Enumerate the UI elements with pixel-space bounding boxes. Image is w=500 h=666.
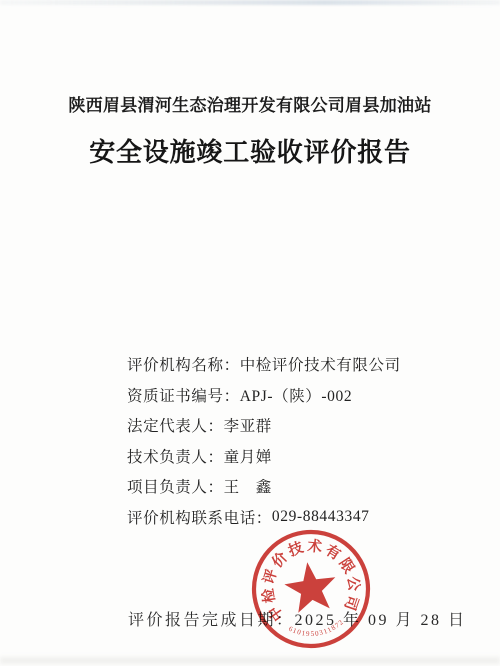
field-technical-lead: 技术负责人：童月婵 xyxy=(127,441,401,472)
svg-text:评: 评 xyxy=(259,566,281,586)
field-value: 王 鑫 xyxy=(224,475,272,497)
field-contact-phone: 评价机构联系电话：029-88443347 xyxy=(127,502,401,533)
completion-date-line: 评价报告完成日期：2025 年 09 月 28 日 xyxy=(102,589,467,648)
field-label: 技术负责人： xyxy=(127,445,224,467)
field-label: 法定代表人： xyxy=(127,414,224,436)
field-project-lead: 项目负责人：王 鑫 xyxy=(127,471,401,502)
svg-text:限: 限 xyxy=(336,555,359,577)
scan-artifact-bottom xyxy=(0,657,500,664)
field-value: 中检评价技术有限公司 xyxy=(240,353,401,375)
svg-text:术: 术 xyxy=(306,537,323,555)
field-value: 029-88443347 xyxy=(272,508,370,526)
completion-date-value: 2025 年 09 月 28 日 xyxy=(295,612,467,629)
completion-date-label: 评价报告完成日期： xyxy=(128,612,295,629)
field-label: 评价机构联系电话： xyxy=(127,506,272,528)
field-value: APJ-（陕）-002 xyxy=(240,384,353,406)
document-title-report: 安全设施竣工验收评价报告 xyxy=(0,132,500,169)
field-label: 资质证书编号： xyxy=(127,384,240,406)
document-page: 陕西眉县渭河生态治理开发有限公司眉县加油站 安全设施竣工验收评价报告 评价机构名… xyxy=(0,0,500,666)
field-label: 项目负责人： xyxy=(127,475,224,497)
scan-artifact-top xyxy=(0,0,500,5)
field-value: 李亚群 xyxy=(224,414,272,436)
field-label: 评价机构名称： xyxy=(127,353,240,375)
field-certificate-no: 资质证书编号：APJ-（陕）-002 xyxy=(127,380,401,411)
svg-text:有: 有 xyxy=(322,541,344,564)
field-value: 童月婵 xyxy=(224,445,272,467)
document-title-company: 陕西眉县渭河生态治理开发有限公司眉县加油站 xyxy=(0,91,500,116)
info-fields: 评价机构名称：中检评价技术有限公司 资质证书编号：APJ-（陕）-002 法定代… xyxy=(127,349,401,532)
field-legal-representative: 法定代表人：李亚群 xyxy=(127,410,401,441)
svg-text:价: 价 xyxy=(268,548,291,571)
field-evaluation-org: 评价机构名称：中检评价技术有限公司 xyxy=(127,349,401,380)
svg-text:技: 技 xyxy=(285,539,306,561)
